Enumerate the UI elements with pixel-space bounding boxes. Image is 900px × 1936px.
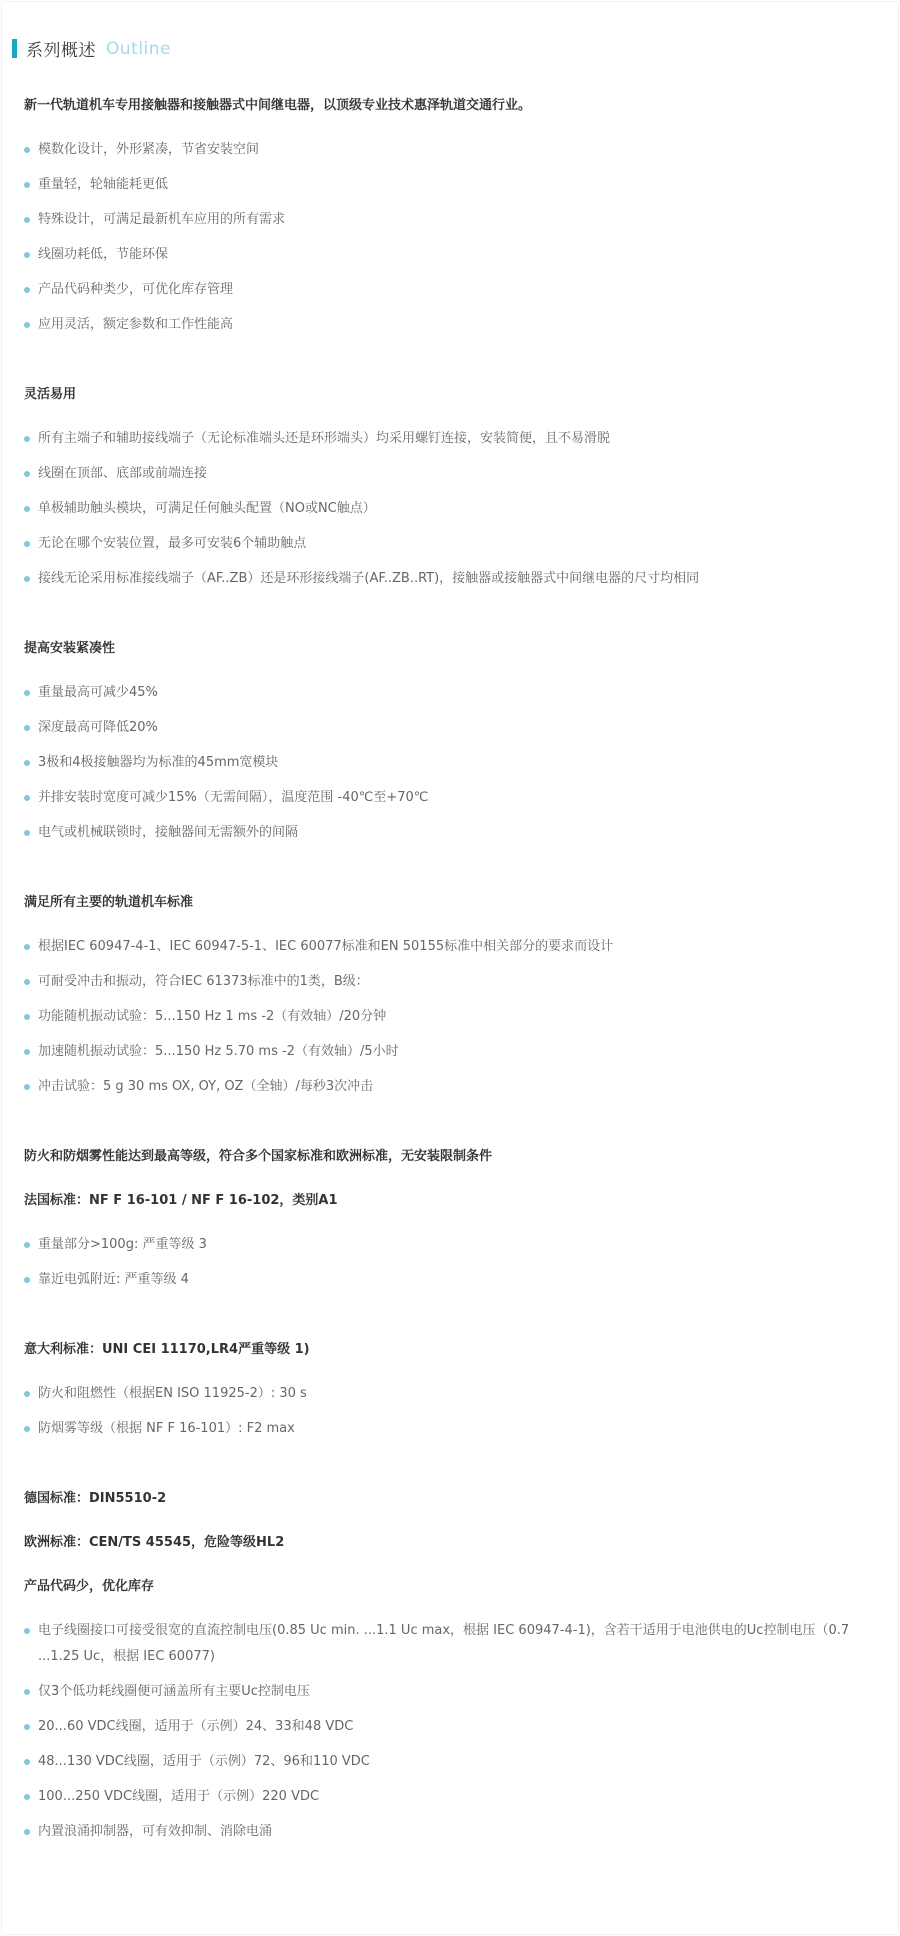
bullet-dot-icon [24, 944, 30, 950]
bullet-item: 冲击试验：5 g 30 ms OX, OY, OZ（全轴）/每秒3次冲击 [24, 1074, 868, 1100]
bullet-text: 所有主端子和辅助接线端子（无论标准端头还是环形端头）均采用螺钉连接，安装简便，且… [38, 431, 610, 446]
bullet-dot-icon [24, 1689, 30, 1695]
bullet-text: 冲击试验：5 g 30 ms OX, OY, OZ（全轴）/每秒3次冲击 [38, 1079, 373, 1094]
bullet-dot-icon [24, 541, 30, 547]
bullet-item: 功能随机振动试验：5...150 Hz 1 ms -2（有效轴）/20分钟 [24, 1004, 868, 1030]
bullet-text: 电子线圈接口可接受很宽的直流控制电压(0.85 Uc min. ...1.1 U… [38, 1623, 849, 1664]
section-heading: 灵活易用 [24, 382, 868, 408]
bullet-list: 重量部分>100g: 严重等级 3靠近电弧附近: 严重等级 4 [12, 1232, 868, 1293]
intro-paragraph: 新一代轨道机车专用接触器和接触器式中间继电器，以顶级专业技术惠泽轨道交通行业。 [24, 93, 868, 119]
bullet-text: 重量最高可减少45% [38, 685, 158, 700]
bullet-dot-icon [24, 436, 30, 442]
bullet-text: 48...130 VDC线圈，适用于（示例）72、96和110 VDC [38, 1754, 370, 1769]
bullet-item: 3极和4极接触器均为标准的45mm宽模块 [24, 750, 868, 776]
bullet-dot-icon [24, 576, 30, 582]
section-heading: 防火和防烟雾性能达到最高等级，符合多个国家标准和欧洲标准，无安装限制条件 [24, 1144, 868, 1170]
bullet-text: 应用灵活，额定参数和工作性能高 [38, 317, 233, 332]
bullet-item: 无论在哪个安装位置，最多可安装6个辅助触点 [24, 531, 868, 557]
bullet-dot-icon [24, 830, 30, 836]
bullet-item: 并排安装时宽度可减少15%（无需间隔），温度范围 -40℃至+70℃ [24, 785, 868, 811]
bullet-item: 电气或机械联锁时，接触器间无需额外的间隔 [24, 820, 868, 846]
bullet-text: 特殊设计，可满足最新机车应用的所有需求 [38, 212, 285, 227]
bullet-text: 加速随机振动试验：5...150 Hz 5.70 ms -2（有效轴）/5小时 [38, 1044, 399, 1059]
bullet-item: 防火和阻燃性（根据EN ISO 11925-2）: 30 s [24, 1381, 868, 1407]
bullet-dot-icon [24, 979, 30, 985]
bullet-dot-icon [24, 1084, 30, 1090]
bullet-item: 特殊设计，可满足最新机车应用的所有需求 [24, 207, 868, 233]
bullet-item: 产品代码种类少，可优化库存管理 [24, 277, 868, 303]
bullet-text: 防火和阻燃性（根据EN ISO 11925-2）: 30 s [38, 1386, 307, 1401]
bullet-text: 防烟雾等级（根据 NF F 16-101）: F2 max [38, 1421, 295, 1436]
bullet-text: 重量部分>100g: 严重等级 3 [38, 1237, 207, 1252]
bullet-dot-icon [24, 690, 30, 696]
bullet-item: 深度最高可降低20% [24, 715, 868, 741]
bullet-dot-icon [24, 182, 30, 188]
bullet-item: 电子线圈接口可接受很宽的直流控制电压(0.85 Uc min. ...1.1 U… [24, 1618, 868, 1670]
section-heading: 提高安装紧凑性 [24, 636, 868, 662]
bullet-text: 仅3个低功耗线圈便可涵盖所有主要Uc控制电压 [38, 1684, 310, 1699]
bullet-text: 线圈功耗低，节能环保 [38, 247, 168, 262]
bullet-item: 仅3个低功耗线圈便可涵盖所有主要Uc控制电压 [24, 1679, 868, 1705]
bullet-item: 靠近电弧附近: 严重等级 4 [24, 1267, 868, 1293]
bullet-dot-icon [24, 760, 30, 766]
bullet-item: 48...130 VDC线圈，适用于（示例）72、96和110 VDC [24, 1749, 868, 1775]
bullet-dot-icon [24, 1014, 30, 1020]
accent-bar-icon [12, 39, 17, 58]
content-blocks: 新一代轨道机车专用接触器和接触器式中间继电器，以顶级专业技术惠泽轨道交通行业。模… [12, 93, 868, 1845]
bullet-text: 内置浪涌抑制器，可有效抑制、消除电涌 [38, 1824, 272, 1839]
bullet-dot-icon [24, 725, 30, 731]
bullet-item: 重量轻，轮轴能耗更低 [24, 172, 868, 198]
bullet-text: 靠近电弧附近: 严重等级 4 [38, 1272, 189, 1287]
bullet-text: 模数化设计，外形紧凑，节省安装空间 [38, 142, 259, 157]
bullet-list: 模数化设计，外形紧凑，节省安装空间重量轻，轮轴能耗更低特殊设计，可满足最新机车应… [12, 137, 868, 338]
bullet-dot-icon [24, 287, 30, 293]
page-title: 系列概述 [26, 36, 96, 61]
bullet-dot-icon [24, 1426, 30, 1432]
bullet-item: 线圈在顶部、底部或前端连接 [24, 461, 868, 487]
page-header: 系列概述 Outline [12, 36, 868, 61]
bullet-dot-icon [24, 506, 30, 512]
bullet-item: 重量最高可减少45% [24, 680, 868, 706]
bullet-list: 根据IEC 60947-4-1、IEC 60947-5-1、IEC 60077标… [12, 934, 868, 1100]
section-heading: 德国标准：DIN5510-2 [24, 1486, 868, 1512]
bullet-dot-icon [24, 252, 30, 258]
bullet-dot-icon [24, 322, 30, 328]
bullet-dot-icon [24, 217, 30, 223]
bullet-text: 并排安装时宽度可减少15%（无需间隔），温度范围 -40℃至+70℃ [38, 790, 428, 805]
bullet-list: 所有主端子和辅助接线端子（无论标准端头还是环形端头）均采用螺钉连接，安装简便，且… [12, 426, 868, 592]
bullet-text: 功能随机振动试验：5...150 Hz 1 ms -2（有效轴）/20分钟 [38, 1009, 386, 1024]
bullet-text: 深度最高可降低20% [38, 720, 158, 735]
bullet-item: 单极辅助触头模块，可满足任何触头配置（NO或NC触点） [24, 496, 868, 522]
bullet-text: 重量轻，轮轴能耗更低 [38, 177, 168, 192]
section-heading: 欧洲标准：CEN/TS 45545，危险等级HL2 [24, 1530, 868, 1556]
bullet-item: 重量部分>100g: 严重等级 3 [24, 1232, 868, 1258]
bullet-item: 根据IEC 60947-4-1、IEC 60947-5-1、IEC 60077标… [24, 934, 868, 960]
section-heading: 满足所有主要的轨道机车标准 [24, 890, 868, 916]
bullet-text: 无论在哪个安装位置，最多可安装6个辅助触点 [38, 536, 306, 551]
bullet-dot-icon [24, 1794, 30, 1800]
bullet-list: 重量最高可减少45%深度最高可降低20%3极和4极接触器均为标准的45mm宽模块… [12, 680, 868, 846]
section-heading: 意大利标准：UNI CEI 11170,LR4严重等级 1) [24, 1337, 868, 1363]
bullet-item: 应用灵活，额定参数和工作性能高 [24, 312, 868, 338]
bullet-item: 防烟雾等级（根据 NF F 16-101）: F2 max [24, 1416, 868, 1442]
bullet-list: 电子线圈接口可接受很宽的直流控制电压(0.85 Uc min. ...1.1 U… [12, 1618, 868, 1845]
bullet-item: 可耐受冲击和振动，符合IEC 61373标准中的1类，B级： [24, 969, 868, 995]
bullet-text: 线圈在顶部、底部或前端连接 [38, 466, 207, 481]
bullet-text: 100...250 VDC线圈，适用于（示例）220 VDC [38, 1789, 319, 1804]
bullet-text: 根据IEC 60947-4-1、IEC 60947-5-1、IEC 60077标… [38, 939, 613, 954]
bullet-dot-icon [24, 1829, 30, 1835]
bullet-text: 可耐受冲击和振动，符合IEC 61373标准中的1类，B级： [38, 974, 369, 989]
bullet-text: 20...60 VDC线圈，适用于（示例）24、33和48 VDC [38, 1719, 353, 1734]
bullet-dot-icon [24, 1277, 30, 1283]
page-title-en: Outline [106, 39, 171, 59]
bullet-dot-icon [24, 795, 30, 801]
bullet-text: 产品代码种类少，可优化库存管理 [38, 282, 233, 297]
bullet-dot-icon [24, 147, 30, 153]
section-heading: 法国标准：NF F 16-101 / NF F 16-102，类别A1 [24, 1188, 868, 1214]
bullet-dot-icon [24, 1391, 30, 1397]
bullet-item: 加速随机振动试验：5...150 Hz 5.70 ms -2（有效轴）/5小时 [24, 1039, 868, 1065]
bullet-text: 单极辅助触头模块，可满足任何触头配置（NO或NC触点） [38, 501, 376, 516]
bullet-dot-icon [24, 471, 30, 477]
bullet-text: 接线无论采用标准接线端子（AF..ZB）还是环形接线端子(AF..ZB..RT)… [38, 571, 699, 586]
bullet-list: 防火和阻燃性（根据EN ISO 11925-2）: 30 s防烟雾等级（根据 N… [12, 1381, 868, 1442]
bullet-dot-icon [24, 1242, 30, 1248]
section-heading: 产品代码少，优化库存 [24, 1574, 868, 1600]
bullet-dot-icon [24, 1049, 30, 1055]
bullet-dot-icon [24, 1724, 30, 1730]
bullet-item: 模数化设计，外形紧凑，节省安装空间 [24, 137, 868, 163]
bullet-dot-icon [24, 1628, 30, 1634]
bullet-text: 电气或机械联锁时，接触器间无需额外的间隔 [38, 825, 298, 840]
bullet-item: 接线无论采用标准接线端子（AF..ZB）还是环形接线端子(AF..ZB..RT)… [24, 566, 868, 592]
bullet-item: 20...60 VDC线圈，适用于（示例）24、33和48 VDC [24, 1714, 868, 1740]
bullet-item: 100...250 VDC线圈，适用于（示例）220 VDC [24, 1784, 868, 1810]
outline-card: 系列概述 Outline 新一代轨道机车专用接触器和接触器式中间继电器，以顶级专… [1, 1, 899, 1935]
bullet-item: 所有主端子和辅助接线端子（无论标准端头还是环形端头）均采用螺钉连接，安装简便，且… [24, 426, 868, 452]
bullet-item: 内置浪涌抑制器，可有效抑制、消除电涌 [24, 1819, 868, 1845]
bullet-item: 线圈功耗低，节能环保 [24, 242, 868, 268]
bullet-dot-icon [24, 1759, 30, 1765]
bullet-text: 3极和4极接触器均为标准的45mm宽模块 [38, 755, 278, 770]
